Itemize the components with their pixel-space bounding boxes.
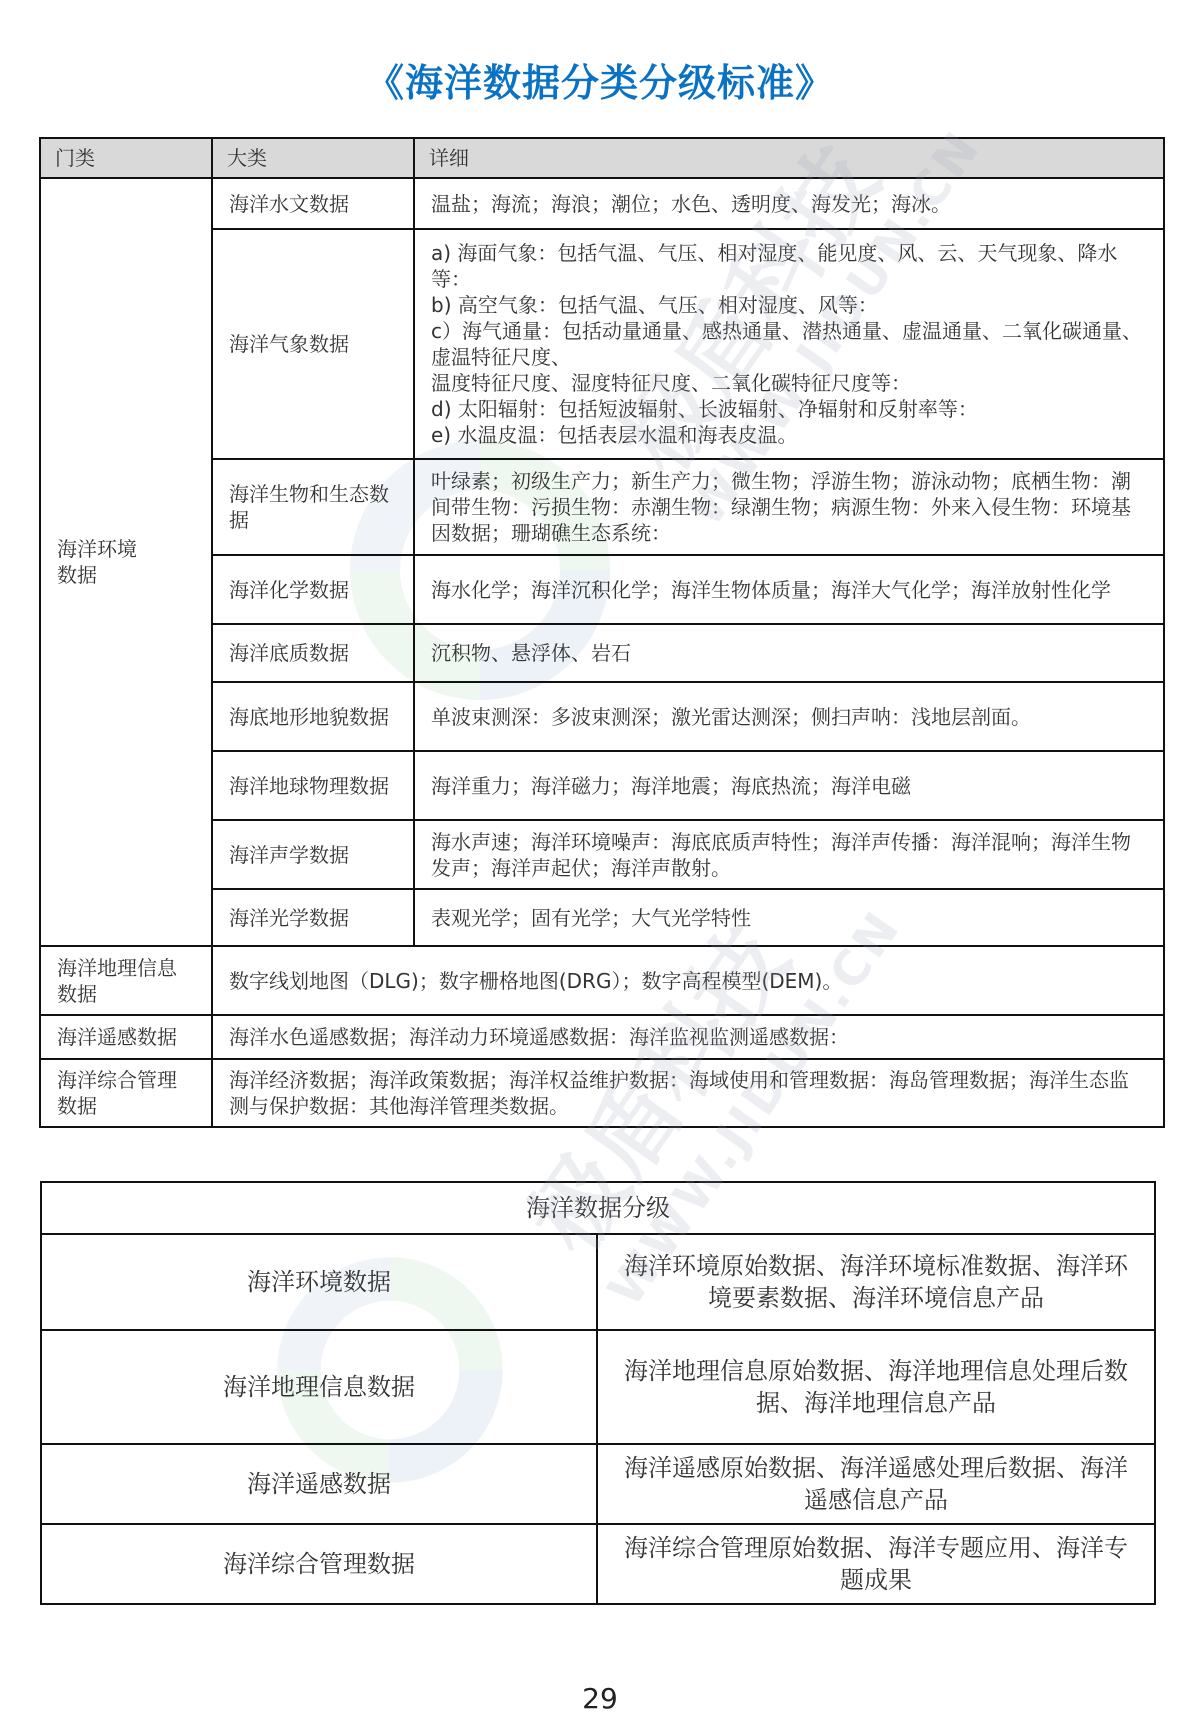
grading-table: 海洋数据分级 海洋环境数据海洋环境原始数据、海洋环境标准数据、海洋环境要素数据、… (40, 1181, 1156, 1605)
table-row: 海洋地理信息数据数字线划地图（DLG)；数字栅格地图(DRG）；数字高程模型(D… (40, 946, 1164, 1015)
table-row: 海洋综合管理数据海洋综合管理原始数据、海洋专题应用、海洋专题成果 (41, 1524, 1155, 1604)
table-row: 海洋环境数据海洋环境原始数据、海洋环境标准数据、海洋环境要素数据、海洋环境信息产… (41, 1234, 1155, 1330)
table-row: 海洋遥感数据海洋遥感原始数据、海洋遥感处理后数据、海洋遥感信息产品 (41, 1444, 1155, 1524)
subcategory-cell: 海洋气象数据 (212, 229, 414, 459)
category-cell: 海洋环境 数据 (40, 178, 212, 946)
detail-cell: 温盐；海流；海浪；潮位；水色、透明度、海发光；海冰。 (414, 178, 1164, 229)
detail-cell: 叶绿素；初级生产力；新生产力；微生物；浮游生物；游泳动物；底栖生物：潮间带生物：… (414, 459, 1164, 555)
table-header-row: 门类 大类 详细 (40, 138, 1164, 178)
subcategory-cell: 海洋生物和生态数据 (212, 459, 414, 555)
detail-cell: a) 海面气象：包括气温、气压、相对湿度、能见度、风、云、天气现象、降水等： b… (414, 229, 1164, 459)
header-category: 门类 (40, 138, 212, 178)
detail-cell: 单波束测深：多波束测深；激光雷达测深；侧扫声呐：浅地层剖面。 (414, 682, 1164, 751)
subcategory-cell: 海底地形地貌数据 (212, 682, 414, 751)
classification-table: 门类 大类 详细 海洋环境 数据海洋水文数据温盐；海流；海浪；潮位；水色、透明度… (39, 137, 1165, 1128)
detail-cell: 海水化学；海洋沉积化学；海洋生物体质量；海洋大气化学；海洋放射性化学 (414, 555, 1164, 624)
subcategory-cell: 海洋声学数据 (212, 820, 414, 889)
detail-cell: 表观光学；固有光学；大气光学特性 (414, 889, 1164, 946)
detail-cell: 海水声速；海洋环境噪声：海底底质声特性；海洋声传播：海洋混响；海洋生物发声；海洋… (414, 820, 1164, 889)
detail-cell: 海洋水色遥感数据；海洋动力环境遥感数据：海洋监视监测遥感数据： (212, 1015, 1164, 1059)
subcategory-cell: 海洋化学数据 (212, 555, 414, 624)
header-detail: 详细 (414, 138, 1164, 178)
detail-cell: 海洋重力；海洋磁力；海洋地震；海底热流；海洋电磁 (414, 751, 1164, 820)
category-cell: 海洋遥感数据 (40, 1015, 212, 1059)
header-subcategory: 大类 (212, 138, 414, 178)
grading-levels-cell: 海洋遥感原始数据、海洋遥感处理后数据、海洋遥感信息产品 (597, 1444, 1155, 1524)
subcategory-cell: 海洋光学数据 (212, 889, 414, 946)
grading-category-cell: 海洋遥感数据 (41, 1444, 597, 1524)
page-title: 《海洋数据分类分级标准》 (0, 52, 1200, 107)
category-cell: 海洋地理信息数据 (40, 946, 212, 1015)
subcategory-cell: 海洋地球物理数据 (212, 751, 414, 820)
grading-levels-cell: 海洋综合管理原始数据、海洋专题应用、海洋专题成果 (597, 1524, 1155, 1604)
grading-category-cell: 海洋地理信息数据 (41, 1330, 597, 1444)
detail-cell: 数字线划地图（DLG)；数字栅格地图(DRG）；数字高程模型(DEM)。 (212, 946, 1164, 1015)
page-number: 29 (0, 1682, 1200, 1715)
table-row: 海洋环境 数据海洋水文数据温盐；海流；海浪；潮位；水色、透明度、海发光；海冰。 (40, 178, 1164, 229)
category-cell: 海洋综合管理数据 (40, 1059, 212, 1127)
grading-title-row: 海洋数据分级 (41, 1182, 1155, 1234)
detail-cell: 海洋经济数据；海洋政策数据；海洋权益维护数据：海域使用和管理数据：海岛管理数据；… (212, 1059, 1164, 1127)
subcategory-cell: 海洋底质数据 (212, 624, 414, 682)
table-row: 海洋地理信息数据海洋地理信息原始数据、海洋地理信息处理后数据、海洋地理信息产品 (41, 1330, 1155, 1444)
grading-category-cell: 海洋环境数据 (41, 1234, 597, 1330)
grading-levels-cell: 海洋环境原始数据、海洋环境标准数据、海洋环境要素数据、海洋环境信息产品 (597, 1234, 1155, 1330)
subcategory-cell: 海洋水文数据 (212, 178, 414, 229)
grading-levels-cell: 海洋地理信息原始数据、海洋地理信息处理后数据、海洋地理信息产品 (597, 1330, 1155, 1444)
grading-category-cell: 海洋综合管理数据 (41, 1524, 597, 1604)
table-row: 海洋遥感数据海洋水色遥感数据；海洋动力环境遥感数据：海洋监视监测遥感数据： (40, 1015, 1164, 1059)
table-row: 海洋综合管理数据海洋经济数据；海洋政策数据；海洋权益维护数据：海域使用和管理数据… (40, 1059, 1164, 1127)
grading-table-title: 海洋数据分级 (41, 1182, 1155, 1234)
detail-cell: 沉积物、悬浮体、岩石 (414, 624, 1164, 682)
